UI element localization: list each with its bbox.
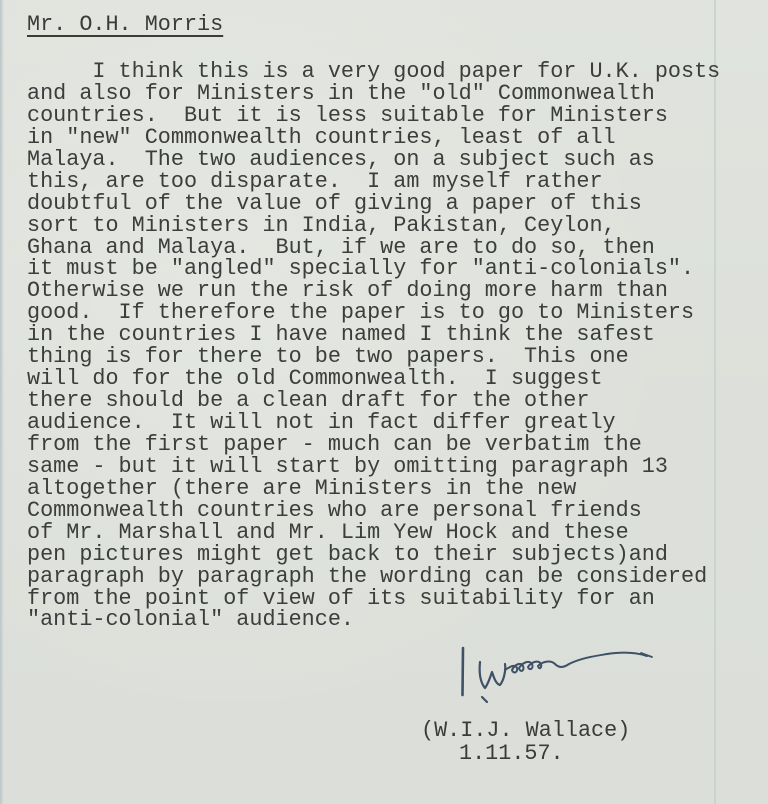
body-line: will do for the old Commonwealth. I sugg… [27, 368, 720, 390]
body-line: it must be "angled" specially for "anti-… [27, 258, 720, 280]
body-line: countries. But it is less suitable for M… [27, 105, 720, 127]
body-line: doubtful of the value of giving a paper … [27, 193, 720, 215]
document-page: Mr. O.H. Morris I think this is a very g… [0, 0, 768, 804]
body-line: Malaya. The two audiences, on a subject … [27, 149, 720, 171]
body-line: same - but it will start by omitting par… [27, 456, 720, 478]
body-line: paragraph by paragraph the wording can b… [27, 566, 720, 588]
body-line: "anti-colonial" audience. [27, 609, 720, 631]
body-line: of Mr. Marshall and Mr. Lim Yew Hock and… [27, 522, 720, 544]
handwritten-signature: handwritten signature: I. Wallace [455, 640, 675, 710]
addressee-heading: Mr. O.H. Morris [27, 14, 223, 36]
body-line: in the countries I have named I think th… [27, 324, 720, 346]
body-line: Ghana and Malaya. But, if we are to do s… [27, 237, 720, 259]
body-line: I think this is a very good paper for U.… [27, 61, 720, 83]
memo-date: 1.11.57. [459, 743, 564, 765]
body-line: altogether (there are Ministers in the n… [27, 478, 720, 500]
signatory-name: (W.I.J. Wallace) [421, 720, 630, 742]
body-line: there should be a clean draft for the ot… [27, 390, 720, 412]
body-line: and also for Ministers in the "old" Comm… [27, 83, 720, 105]
body-line: sort to Ministers in India, Pakistan, Ce… [27, 215, 720, 237]
body-line: Commonwealth countries who are personal … [27, 500, 720, 522]
body-line: from the first paper - much can be verba… [27, 434, 720, 456]
page-left-edge [0, 0, 4, 804]
body-line: thing is for there to be two papers. Thi… [27, 346, 720, 368]
body-line: good. If therefore the paper is to go to… [27, 302, 720, 324]
memo-body: I think this is a very good paper for U.… [27, 61, 720, 631]
body-line: audience. It will not in fact differ gre… [27, 412, 720, 434]
body-line: in "new" Commonwealth countries, least o… [27, 127, 720, 149]
body-line: this, are too disparate. I am myself rat… [27, 171, 720, 193]
body-line: pen pictures might get back to their sub… [27, 544, 720, 566]
body-line: from the point of view of its suitabilit… [27, 588, 720, 610]
body-line: Otherwise we run the risk of doing more … [27, 280, 720, 302]
